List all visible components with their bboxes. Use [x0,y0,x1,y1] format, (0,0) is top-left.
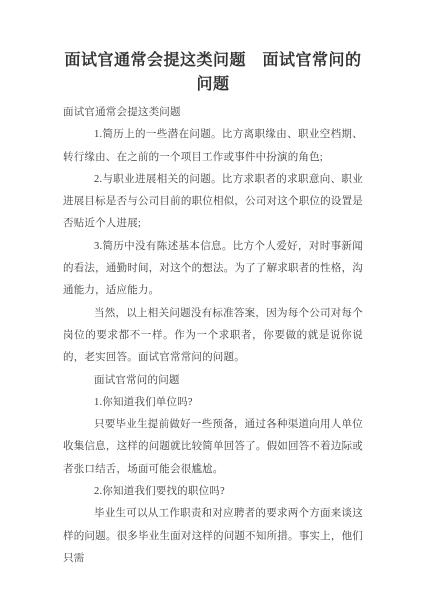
document-title: 面试官通常会提这类问题 面试官常问的问题 [63,49,363,97]
document-question-1: 1.你知道我们单位吗? [63,392,363,414]
document-paragraph-item-1: 1.简历上的一些潜在问题。比方离职缘由、职业空档期、转行缘由、在之前的一个项目工… [63,124,363,169]
document-answer-2: 毕业生可以从工作职责和对应聘者的要求两个方面来谈这样的问题。很多毕业生面对这样的… [63,503,363,570]
document-paragraph-intro: 面试官通常会提这类问题 [63,102,363,124]
document-page: 面试官通常会提这类问题 面试官常问的问题 面试官通常会提这类问题 1.简历上的一… [0,0,424,600]
document-paragraph-item-2: 2.与职业进展相关的问题。比方求职者的求职意向、职业进展目标是否与公司目前的职位… [63,169,363,236]
document-answer-1: 只要毕业生提前做好一些预备，通过各种渠道向用人单位收集信息，这样的问题就比较简单… [63,414,363,481]
document-subheading: 面试官常问的问题 [63,370,363,392]
document-question-2: 2.你知道我们要找的职位吗? [63,481,363,503]
document-paragraph-item-3: 3.简历中没有陈述基本信息。比方个人爱好，对时事新闻的看法，通勤时间，对这个的想… [63,236,363,303]
document-paragraph-summary: 当然，以上相关问题没有标准答案，因为每个公司对每个岗位的要求都不一样。作为一个求… [63,303,363,370]
